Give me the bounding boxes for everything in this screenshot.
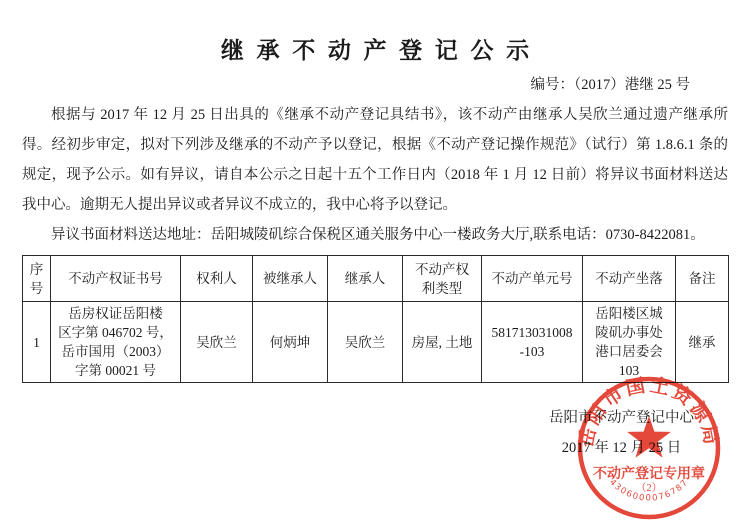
- footer-date: 2017 年 12 月 25 日: [549, 433, 694, 463]
- header-remark: 备注: [676, 256, 729, 302]
- header-location: 不动产坐落: [583, 256, 676, 302]
- body-paragraph-2: 异议书面材料送达地址：岳阳城陵矶综合保税区通关服务中心一楼政务大厅,联系电话：0…: [22, 220, 728, 250]
- header-right-type: 不动产权 利类型: [403, 256, 482, 302]
- cell-heir: 吴欣兰: [328, 302, 403, 383]
- cell-location: 岳阳楼区城 陵矶办事处 港口居委会 103: [583, 302, 676, 383]
- table-row: 1 岳房权证岳阳楼 区字第 046702 号， 岳市国用（2003） 字第 00…: [23, 302, 729, 383]
- cell-right-type: 房屋, 土地: [403, 302, 482, 383]
- header-cert-number: 不动产权证书号: [51, 256, 181, 302]
- announcement-document: 继承不动产登记公示 编号：（2017）港继 25 号 根据与 2017 年 12…: [0, 0, 750, 527]
- header-seq: 序号: [23, 256, 51, 302]
- cell-cert-number: 岳房权证岳阳楼 区字第 046702 号， 岳市国用（2003） 字第 0002…: [51, 302, 181, 383]
- header-right-holder: 权利人: [181, 256, 253, 302]
- svg-text:4306000076787: 4306000076787: [607, 477, 691, 503]
- header-heir: 继承人: [328, 256, 403, 302]
- doc-number: 编号：（2017）港继 25 号: [22, 73, 728, 94]
- footer-issuer: 岳阳市不动产登记中心: [549, 403, 694, 433]
- page-title: 继承不动产登记公示: [22, 32, 728, 65]
- seal-serial: 4306000076787: [607, 477, 691, 503]
- signature-block: 岳阳市不动产登记中心 2017 年 12 月 25 日: [549, 403, 694, 463]
- cell-unit-number: 581713031008 -103: [482, 302, 583, 383]
- header-decedent: 被继承人: [253, 256, 328, 302]
- seal-sub-text: （2）: [636, 482, 662, 494]
- announcement-table: 序号 不动产权证书号 权利人 被继承人 继承人 不动产权 利类型 不动产单元号 …: [22, 255, 729, 383]
- seal-center-text: 不动产登记专用章: [593, 465, 705, 482]
- cell-seq: 1: [23, 302, 51, 383]
- table-header-row: 序号 不动产权证书号 权利人 被继承人 继承人 不动产权 利类型 不动产单元号 …: [23, 256, 729, 302]
- body-paragraph-1: 根据与 2017 年 12 月 25 日出具的《继承不动产登记具结书》，该不动产…: [22, 100, 728, 220]
- cell-right-holder: 吴欣兰: [181, 302, 253, 383]
- header-unit-number: 不动产单元号: [482, 256, 583, 302]
- cell-decedent: 何炳坤: [253, 302, 328, 383]
- cell-remark: 继承: [676, 302, 729, 383]
